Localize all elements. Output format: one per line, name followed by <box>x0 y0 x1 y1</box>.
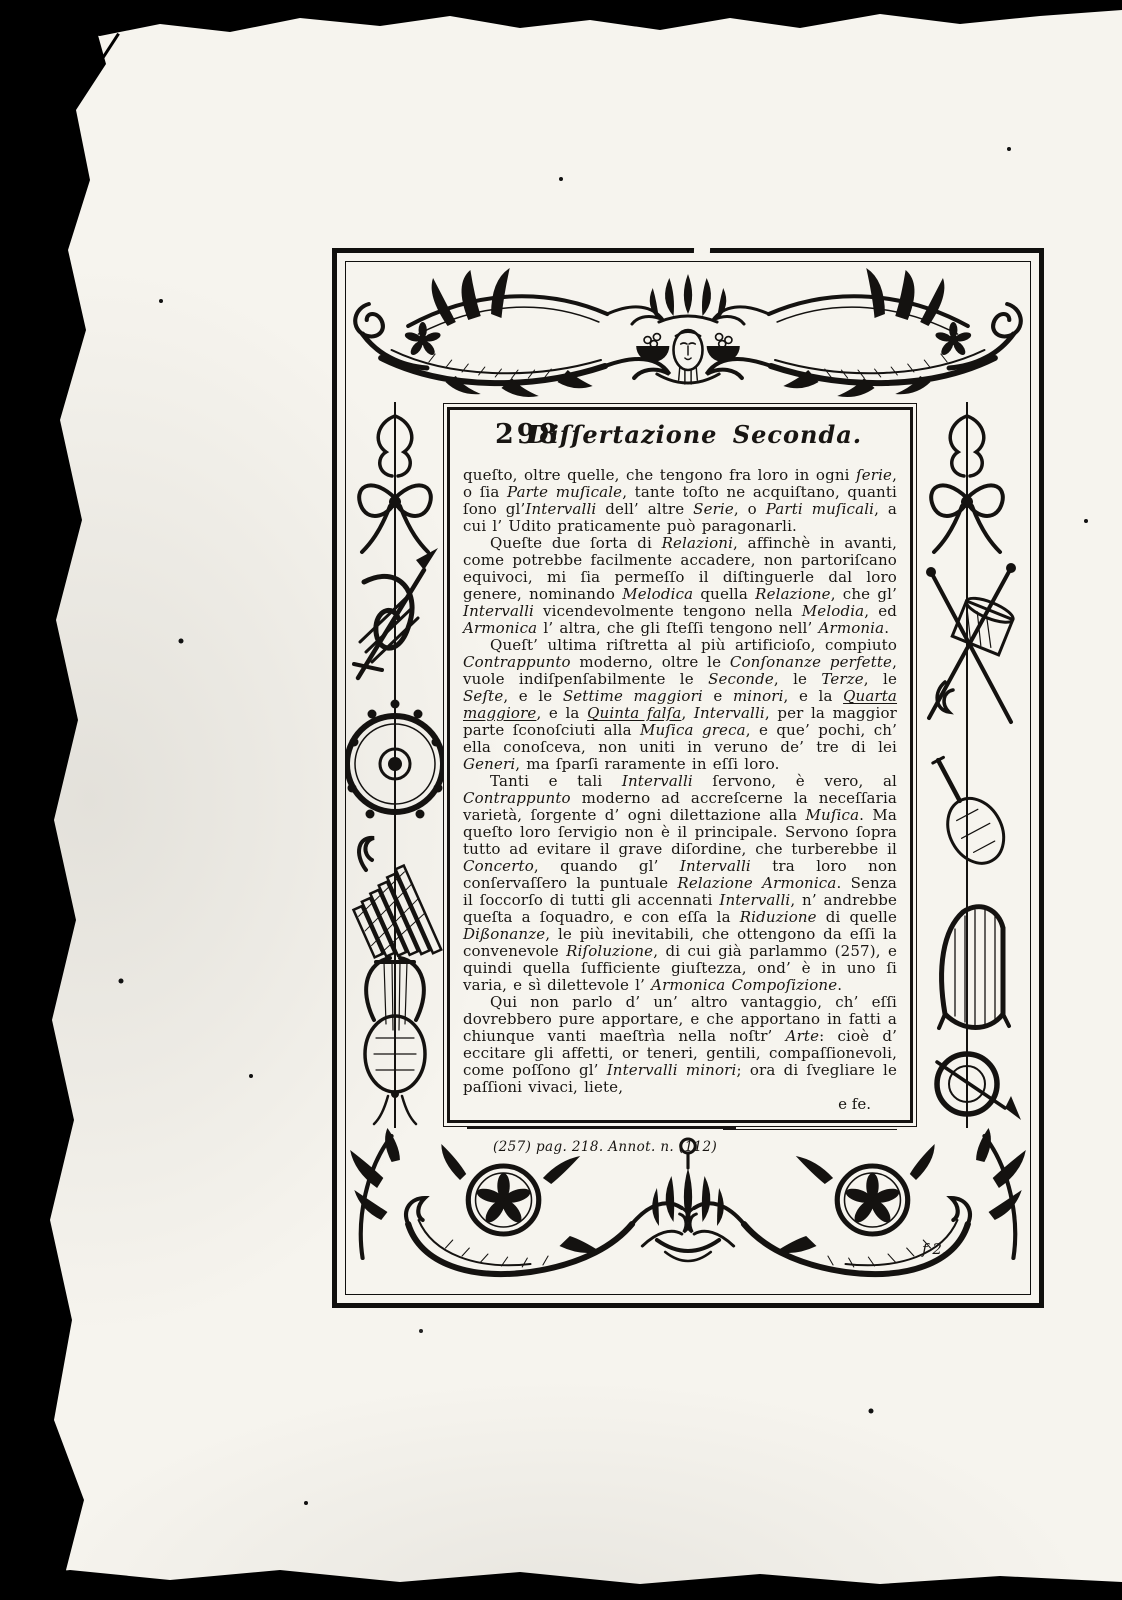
catchword: e fe. <box>463 1096 897 1113</box>
paragraph: Queſt’ ultima riſtretta al più artificio… <box>463 637 897 773</box>
right-border-musical-trophy-icon <box>917 402 1030 1128</box>
signature-mark: f 2. <box>922 1240 947 1258</box>
footnote-rule <box>463 1125 897 1133</box>
paragraph: Tanti e tali Intervalli ſervono, è vero,… <box>463 773 897 994</box>
text-panel: 298 Diſſertazione Seconda. queſto, oltre… <box>443 403 917 1127</box>
body-text: queſto, oltre quelle, che tengono fra lo… <box>463 467 897 1096</box>
frame-rule-break <box>694 246 710 256</box>
scan-torn-edge-top <box>0 0 1122 42</box>
paragraph: Queſte due ſorta di Relazioni, affinchè … <box>463 535 897 637</box>
scan-torn-edge-bottom <box>0 1558 1122 1600</box>
scanned-book-page: 298 Diſſertazione Seconda. queſto, oltre… <box>0 0 1122 1600</box>
text-panel-inner-rule: 298 Diſſertazione Seconda. queſto, oltre… <box>447 407 913 1123</box>
scan-noise-specks <box>0 0 2 2</box>
running-title: Diſſertazione Seconda. <box>463 420 897 449</box>
left-border-musical-trophy-icon <box>346 402 443 1128</box>
scan-torn-edge-left <box>0 0 120 1600</box>
footnote: (257) pag. 218. Annot. n. (112) <box>463 1139 897 1155</box>
page-header: 298 Diſſertazione Seconda. <box>463 417 897 459</box>
top-border-engraving-mask-acanthus-icon <box>346 262 1030 402</box>
paragraph: queſto, oltre quelle, che tengono fra lo… <box>463 467 897 535</box>
paragraph: Qui non parlo d’ un’ altro vantaggio, ch… <box>463 994 897 1096</box>
